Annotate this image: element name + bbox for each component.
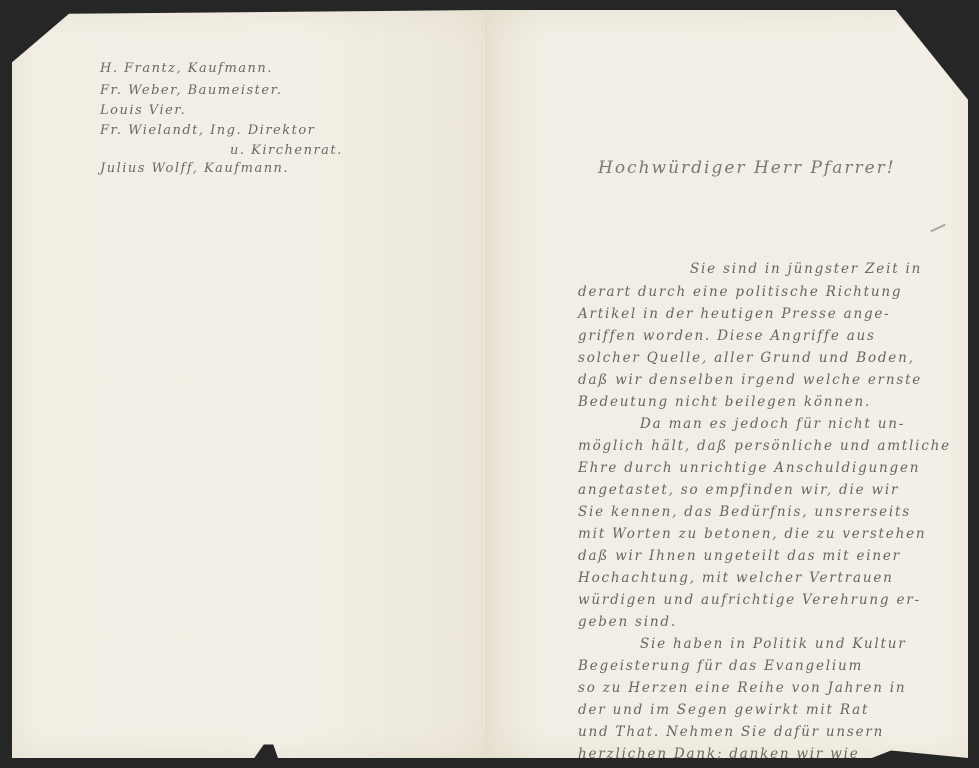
body-line: daß wir Ihnen ungeteilt das mit einer (578, 550, 901, 564)
body-line: Artikel in der heutigen Presse ange- (578, 308, 891, 322)
page-fold (486, 10, 488, 758)
body-line: würdigen und aufrichtige Verehrung er- (578, 594, 921, 608)
address-line: Julius Wolff, Kaufmann. (100, 162, 289, 175)
salutation: Hochwürdiger Herr Pfarrer! (598, 160, 896, 177)
address-line: u. Kirchenrat. (230, 144, 343, 157)
body-line: solcher Quelle, aller Grund und Boden, (578, 352, 915, 366)
body-line: angetastet, so empfinden wir, die wir (578, 484, 899, 498)
body-line: herzlichen Dank; danken wir wie (578, 748, 860, 762)
body-line: mit Worten zu betonen, die zu verstehen (578, 528, 926, 542)
body-line: möglich hält, daß persönliche und amtlic… (578, 440, 951, 454)
address-line: H. Frantz, Kaufmann. (100, 62, 273, 75)
body-line: Hochachtung, mit welcher Vertrauen (578, 572, 894, 586)
body-line: derart durch eine politische Richtung (578, 286, 902, 300)
body-line: so zu Herzen eine Reihe von Jahren in (578, 682, 906, 696)
body-line: geben sind. (578, 616, 677, 630)
body-line: griffen worden. Diese Angriffe aus (578, 330, 876, 344)
body-line: und That. Nehmen Sie dafür unsern (578, 726, 884, 740)
address-line: Fr. Weber, Baumeister. (100, 84, 283, 97)
address-line: Louis Vier. (100, 104, 186, 117)
body-line: Bedeutung nicht beilegen können. (578, 396, 871, 410)
body-line: Sie haben in Politik und Kultur (640, 638, 907, 652)
body-line: der und im Segen gewirkt mit Rat (578, 704, 869, 718)
address-line: Fr. Wielandt, Ing. Direktor (100, 124, 315, 137)
body-line: Sie kennen, das Bedürfnis, unsrerseits (578, 506, 911, 520)
body-line: Begeisterung für das Evangelium (578, 660, 863, 674)
body-line: Da man es jedoch für nicht un- (640, 418, 905, 432)
body-line: Sie sind in jüngster Zeit in (690, 263, 922, 277)
body-line: Ehre durch unrichtige Anschuldigungen (578, 462, 920, 476)
body-line: daß wir denselben irgend welche ernste (578, 374, 922, 388)
